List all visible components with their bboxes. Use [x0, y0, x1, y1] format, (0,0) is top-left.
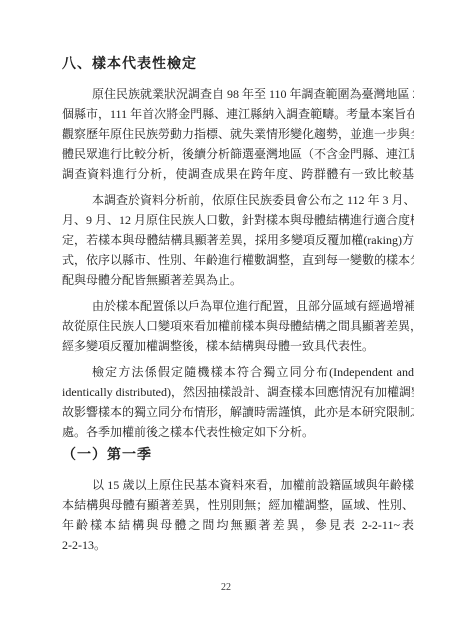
- paragraph-line: 定，若樣本與母體結構具顯著差異，採用多變項反覆加權(raking)方: [62, 230, 414, 250]
- paragraph-line: 原住民族就業狀況調查自 98 年至 110 年調查範圍為臺灣地區 20: [62, 84, 414, 104]
- paragraph-line: 式，依序以縣市、性別、年齡進行權數調整，直到每一變數的樣本分: [62, 250, 414, 270]
- document-page: 八、樣本代表性檢定 原住民族就業狀況調查自 98 年至 110 年調查範圍為臺灣…: [0, 0, 452, 640]
- paragraph-line: 個縣市，111 年首次將金門縣、連江縣納入調查範疇。考量本案旨在: [62, 104, 414, 124]
- paragraph-line: 月、9 月、12 月原住民族人口數，針對樣本與母體結構進行適合度檢: [62, 210, 414, 230]
- paragraph-5: 以 15 歲以上原住民基本資料來看，加權前設籍區域與年齡樣 本結構與母體有顯著差…: [62, 475, 414, 555]
- paragraph-line: 本結構與母體有顯著差異，性別則無；經加權調整，區域、性別、: [62, 495, 414, 515]
- page-number: 22: [0, 582, 452, 593]
- paragraph-2: 本調查於資料分析前，依原住民族委員會公布之 112 年 3 月、6 月、9 月、…: [62, 190, 414, 290]
- paragraph-line: 故影響樣本的獨立同分布情形，解讀時需謹慎，此亦是本研究限制之: [62, 402, 414, 422]
- page-content: 八、樣本代表性檢定 原住民族就業狀況調查自 98 年至 110 年調查範圍為臺灣…: [62, 57, 414, 561]
- paragraph-4: 檢定方法係假定隨機樣本符合獨立同分布(Independent and ident…: [62, 362, 414, 442]
- paragraph-line: 配與母體分配皆無顯著差異為止。: [62, 270, 414, 290]
- paragraph-line: 經多變項反覆加權調整後，樣本結構與母體一致具代表性。: [62, 336, 414, 356]
- paragraph-line: 處。各季加權前後之樣本代表性檢定如下分析。: [62, 422, 414, 442]
- paragraph-line: identically distributed)，然因抽樣設計、調查樣本回應情況…: [62, 382, 414, 402]
- paragraph-line: 觀察歷年原住民族勞動力指標、就失業情形變化趨勢，並進一步與全: [62, 124, 414, 144]
- paragraph-line: 由於樣本配置係以戶為單位進行配置，且部分區域有經過增補，: [62, 296, 414, 316]
- paragraph-line: 本調查於資料分析前，依原住民族委員會公布之 112 年 3 月、6: [62, 190, 414, 210]
- paragraph-line: 以 15 歲以上原住民基本資料來看，加權前設籍區域與年齡樣: [62, 475, 414, 495]
- paragraph-line: 體民眾進行比較分析，後續分析篩選臺灣地區（不含金門縣、連江縣）: [62, 144, 414, 164]
- paragraph-line: 年齡樣本結構與母體之間均無顯著差異，參見表 2-2-11~表: [62, 515, 414, 535]
- paragraph-line: 故從原住民族人口變項來看加權前樣本與母體結構之間具顯著差異，: [62, 316, 414, 336]
- section-heading: 八、樣本代表性檢定: [62, 57, 414, 73]
- paragraph-3: 由於樣本配置係以戶為單位進行配置，且部分區域有經過增補， 故從原住民族人口變項來…: [62, 296, 414, 356]
- subsection-heading: （一）第一季: [62, 448, 414, 464]
- paragraph-line: 2-2-13。: [62, 535, 414, 555]
- paragraph-line: 檢定方法係假定隨機樣本符合獨立同分布(Independent and: [62, 362, 414, 382]
- paragraph-1: 原住民族就業狀況調查自 98 年至 110 年調查範圍為臺灣地區 20 個縣市，…: [62, 84, 414, 184]
- paragraph-line: 調查資料進行分析，使調查成果在跨年度、跨群體有一致比較基準。: [62, 164, 414, 184]
